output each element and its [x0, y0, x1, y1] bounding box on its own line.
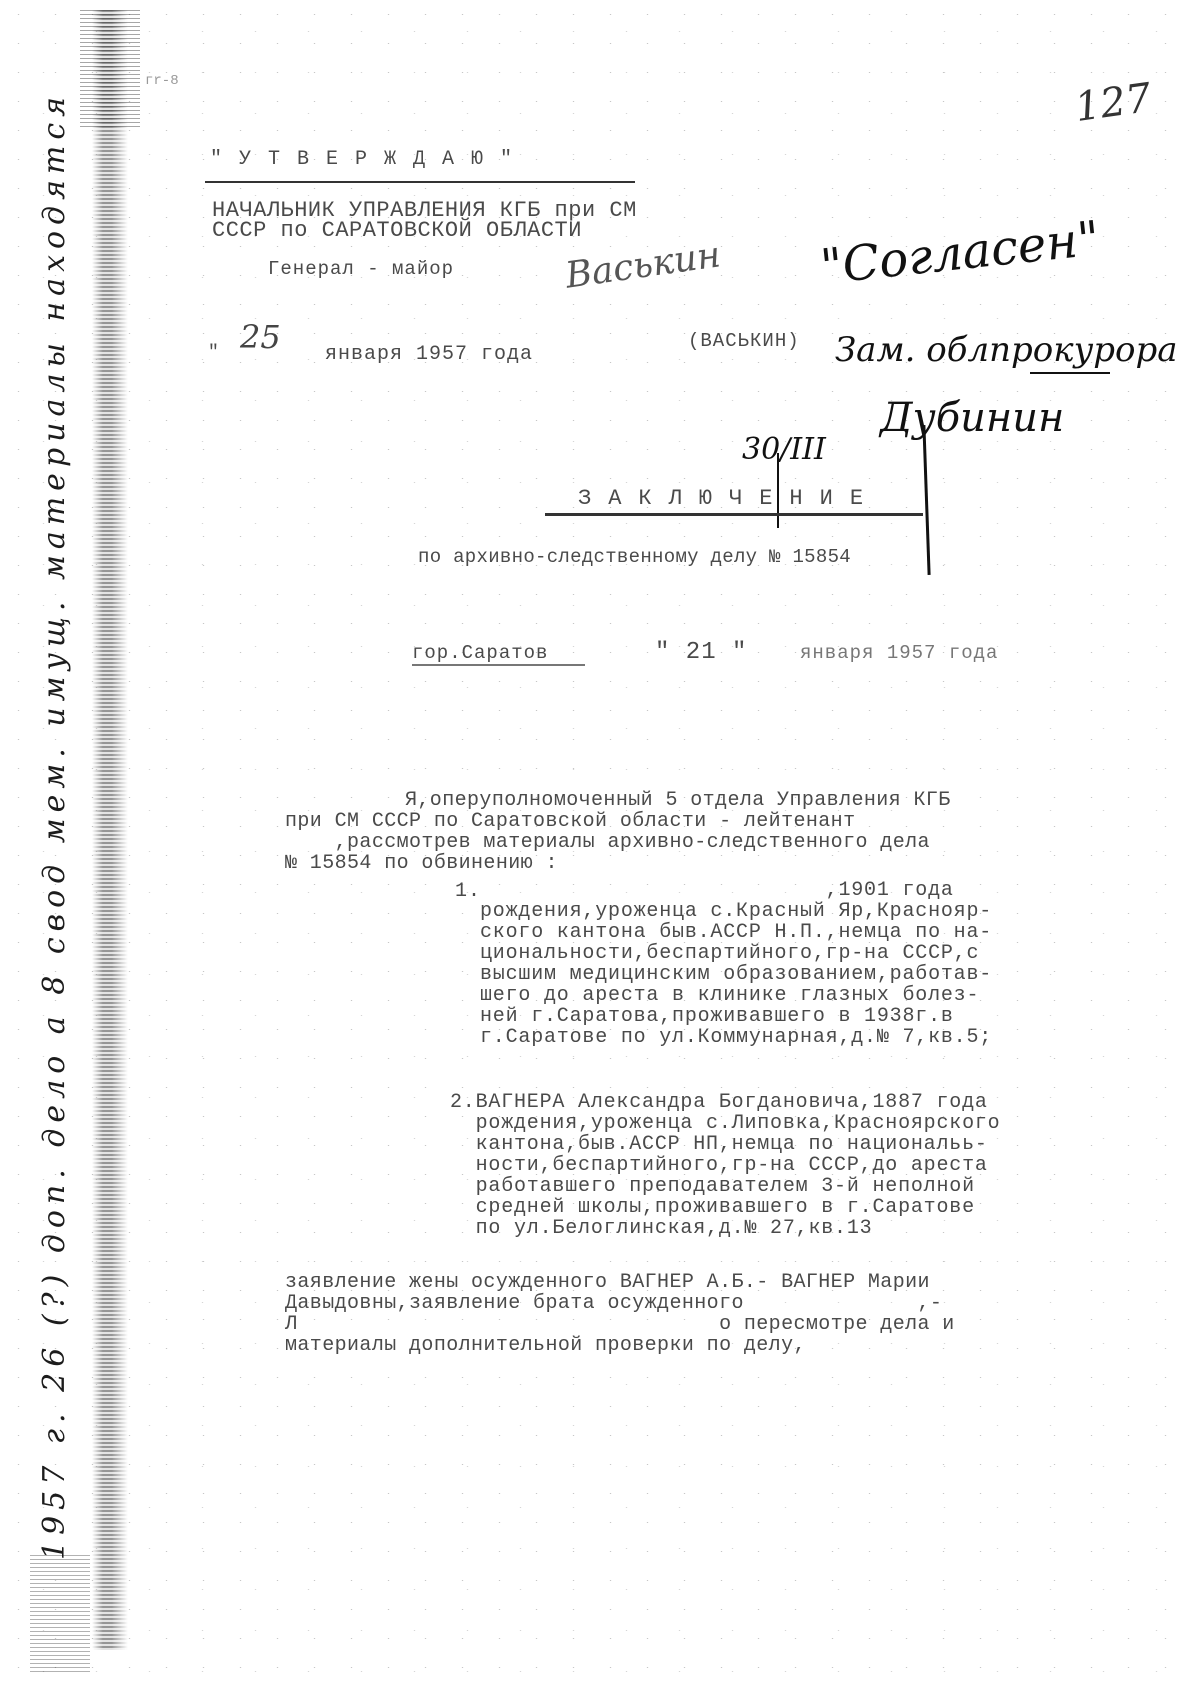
- concurrence-underline: [1030, 372, 1110, 374]
- intro-line: Я,оперуполномоченный 5 отдела Управления…: [405, 790, 951, 811]
- binding-edge-bottom: [30, 1555, 90, 1675]
- approver-name: (ВАСЬКИН): [688, 330, 800, 352]
- concurrence-role: Зам. облпрокурора: [835, 330, 1178, 370]
- accused-1-line: циональности,беспартийного,гр-на СССР,с: [480, 943, 979, 964]
- accused-2-line: средней школы,проживавшего в г.Саратове: [450, 1197, 975, 1218]
- closing-line: материалы дополнительной проверки по дел…: [285, 1335, 806, 1356]
- approval-date: января 1957 года: [325, 343, 533, 366]
- accused-2-line: 2.ВАГНЕРА Александра Богдановича,1887 го…: [450, 1092, 988, 1113]
- accused-1-line: высшим медицинским образованием,работав-: [480, 964, 992, 985]
- document-subtitle: по архивно-следственному делу № 15854: [418, 546, 851, 568]
- accused-2-line: кантона,быв.АССР НП,немца по национальь-: [450, 1134, 988, 1155]
- accused-1-line: ней г.Саратова,проживавшего в 1938г.в: [480, 1006, 954, 1027]
- accused-2-line: по ул.Белоглинская,д.№ 27,кв.13: [450, 1218, 872, 1239]
- intro-line: ,рассмотрев материалы архивно-следственн…: [285, 832, 930, 853]
- accused-2-line: работавшего преподавателем 3-й неполной: [450, 1176, 975, 1197]
- accused-1-line: шего до ареста в клинике глазных болез-: [480, 985, 979, 1006]
- closing-line: Давыдовны,заявление брата осужденного ,-: [285, 1293, 942, 1314]
- approver-position-line2: СССР по САРАТОВСКОЙ ОБЛАСТИ: [212, 218, 582, 243]
- approval-date-quote: ": [208, 343, 220, 363]
- intro-line: при СМ СССР по Саратовской области - лей…: [285, 811, 856, 832]
- accused-1-line: ,1901 года: [480, 880, 954, 901]
- intro-line: № 15854 по обвинению :: [285, 853, 558, 874]
- approver-rank: Генерал - майор: [268, 258, 454, 280]
- approval-date-day: 25: [240, 318, 281, 356]
- document-city: гор.Саратов: [412, 642, 548, 664]
- handwritten-date-note: 30/III: [742, 432, 826, 467]
- signature-stroke: [922, 425, 930, 575]
- accused-1-line: рождения,уроженца с.Красный Яр,Краснояр-: [480, 901, 992, 922]
- accused-2-line: рождения,уроженца с.Липовка,Красноярског…: [450, 1113, 1000, 1134]
- city-underline: [412, 664, 585, 666]
- approver-signature: Васькин: [563, 234, 723, 296]
- document-date-day: " 21 ": [655, 639, 747, 666]
- closing-line: заявление жены осужденного ВАГНЕР А.Б.- …: [285, 1272, 930, 1293]
- title-underline: [545, 513, 923, 516]
- concurrence-signature: Дубинин: [880, 395, 1064, 441]
- closing-line: Л о пересмотре дела и: [285, 1314, 955, 1335]
- corner-mark: гr-8: [145, 73, 179, 89]
- approval-stamp: "УТВЕРЖДАЮ": [210, 148, 529, 171]
- concurrence-agreed: "Согласен": [818, 211, 1102, 296]
- sheet-number: 127: [1072, 75, 1154, 131]
- handwritten-margin-note: 1957 г. 26 (?) доп. дело а 8 свод мем. и…: [30, 80, 80, 1560]
- accused-1-number: 1.: [455, 880, 481, 903]
- document-title: ЗАКЛЮЧЕНИЕ: [578, 486, 880, 511]
- binding-edge: [92, 10, 128, 1650]
- approval-underline: [205, 181, 635, 183]
- accused-2-line: ности,беспартийного,гр-на СССР,до ареста: [450, 1155, 988, 1176]
- accused-1-line: г.Саратове по ул.Коммунарная,д.№ 7,кв.5;: [480, 1027, 992, 1048]
- document-date: января 1957 года: [800, 642, 998, 664]
- accused-1-line: ского кантона быв.АССР Н.П.,немца по на-: [480, 922, 992, 943]
